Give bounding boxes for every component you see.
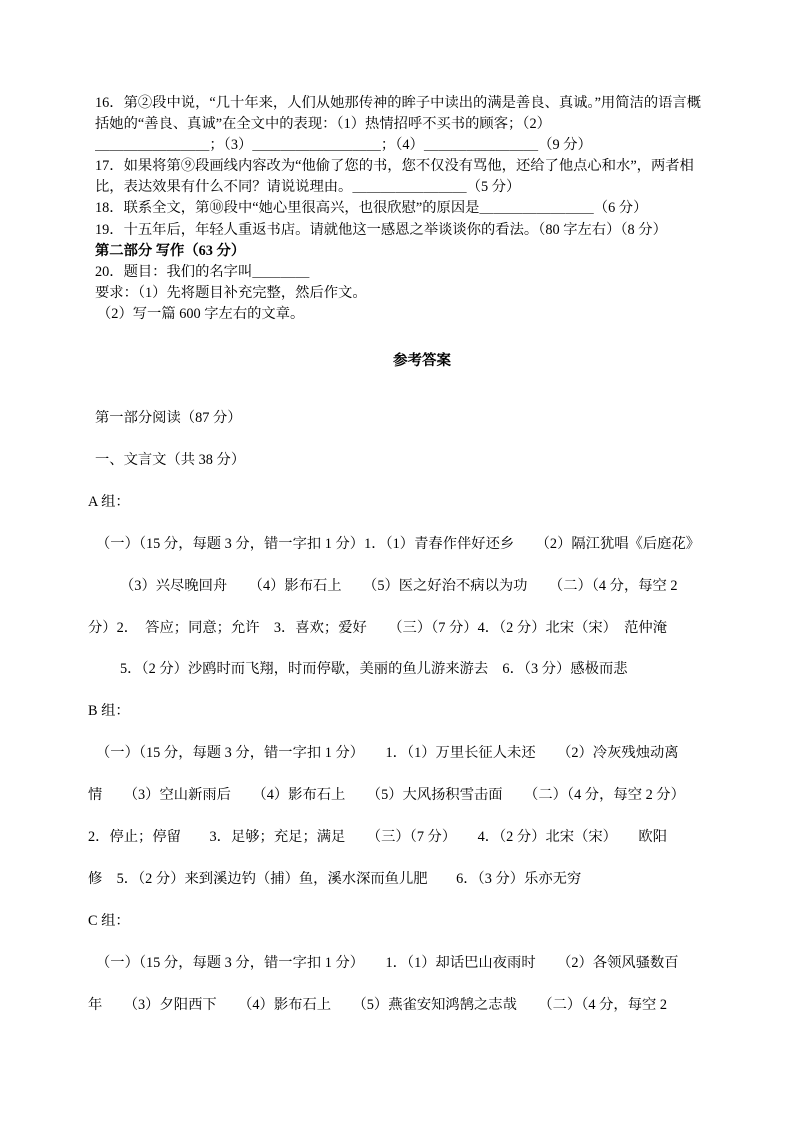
- text-line: 括她的“善良、真诚”在全文中的表现：（1）热情招呼不买书的顾客；（2）: [95, 114, 727, 135]
- text-line: （一）（15 分，每题 3 分，错一字扣 1 分）1．（1）青春作伴好还乡 （2…: [88, 524, 728, 566]
- text-line: C 组：: [88, 901, 728, 943]
- text-line: （3）兴尽晚回舟 （4）影布石上 （5）医之好治不病以为功 （二）（4 分，每空…: [88, 566, 728, 608]
- text-line: 16．第②段中说，“几十年来，人们从她那传神的眸子中读出的满是善良、真诚。”用简…: [95, 93, 727, 114]
- text-line: （一）（15 分，每题 3 分，错一字扣 1 分） 1．（1）万里长征人未还 （…: [88, 733, 728, 775]
- text-line: 2．停止；停留 3．足够；充足；满足 （三）（7 分） 4．（2 分）北宋（宋）…: [88, 817, 728, 859]
- text-line: A 组：: [88, 482, 728, 524]
- text-line: 第二部分 写作（63 分）: [95, 241, 727, 262]
- text-line: 情 （3）空山新雨后 （4）影布石上 （5）大风扬积雪击面 （二）（4 分，每空…: [88, 775, 728, 817]
- text-line: 20．题目：我们的名字叫＿＿＿＿: [95, 262, 727, 283]
- answers-heading: 参考答案: [393, 351, 451, 371]
- text-line: 5．（2 分）沙鸥时而飞翔，时而停歇，美丽的鱼儿游来游去 6．（3 分）感极而悲: [88, 649, 728, 691]
- text-line: 分）2． 答应；同意；允许 3．喜欢；爱好 （三）（7 分）4．（2 分）北宋（…: [88, 608, 728, 650]
- text-line: 17．如果将第⑨段画线内容改为“他偷了您的书，您不仅没有骂他，还给了他点心和水”…: [95, 156, 727, 177]
- text-line: ＿＿＿＿＿＿＿＿；（3）＿＿＿＿＿＿＿＿＿；（4）＿＿＿＿＿＿＿＿（9 分）: [95, 135, 727, 156]
- text-line: 19．十五年后，年轻人重返书店。请就他这一感恩之举谈谈你的看法。（80 字左右）…: [95, 220, 727, 241]
- text-line: 比，表达效果有什么不同？请说说理由。＿＿＿＿＿＿＿＿（5 分）: [95, 177, 727, 198]
- text-line: 18．联系全文，第⑩段中“她心里很高兴，也很欣慰”的原因是＿＿＿＿＿＿＿＿（6 …: [95, 198, 727, 219]
- questions-section: 16．第②段中说，“几十年来，人们从她那传神的眸子中读出的满是善良、真诚。”用简…: [95, 93, 727, 325]
- text-line: 第一部分阅读（87 分）: [88, 398, 728, 440]
- text-line: 修 5．（2 分）来到溪边钓（捕）鱼，溪水深而鱼儿肥 6．（3 分）乐亦无穷: [88, 859, 728, 901]
- answers-section: 第一部分阅读（87 分）一、文言文（共 38 分）A 组：（一）（15 分，每题…: [88, 398, 728, 1027]
- text-line: B 组：: [88, 691, 728, 733]
- text-line: （一）（15 分，每题 3 分，错一字扣 1 分） 1．（1）却话巴山夜雨时 （…: [88, 943, 728, 985]
- text-line: 一、文言文（共 38 分）: [88, 440, 728, 482]
- text-line: （2）写一篇 600 字左右的文章。: [95, 304, 727, 325]
- document-page: 16．第②段中说，“几十年来，人们从她那传神的眸子中读出的满是善良、真诚。”用简…: [0, 0, 794, 1123]
- text-line: 要求：（1）先将题目补充完整，然后作文。: [95, 283, 727, 304]
- text-line: 年 （3）夕阳西下 （4）影布石上 （5）燕雀安知鸿鹄之志哉 （二）（4 分，每…: [88, 985, 728, 1027]
